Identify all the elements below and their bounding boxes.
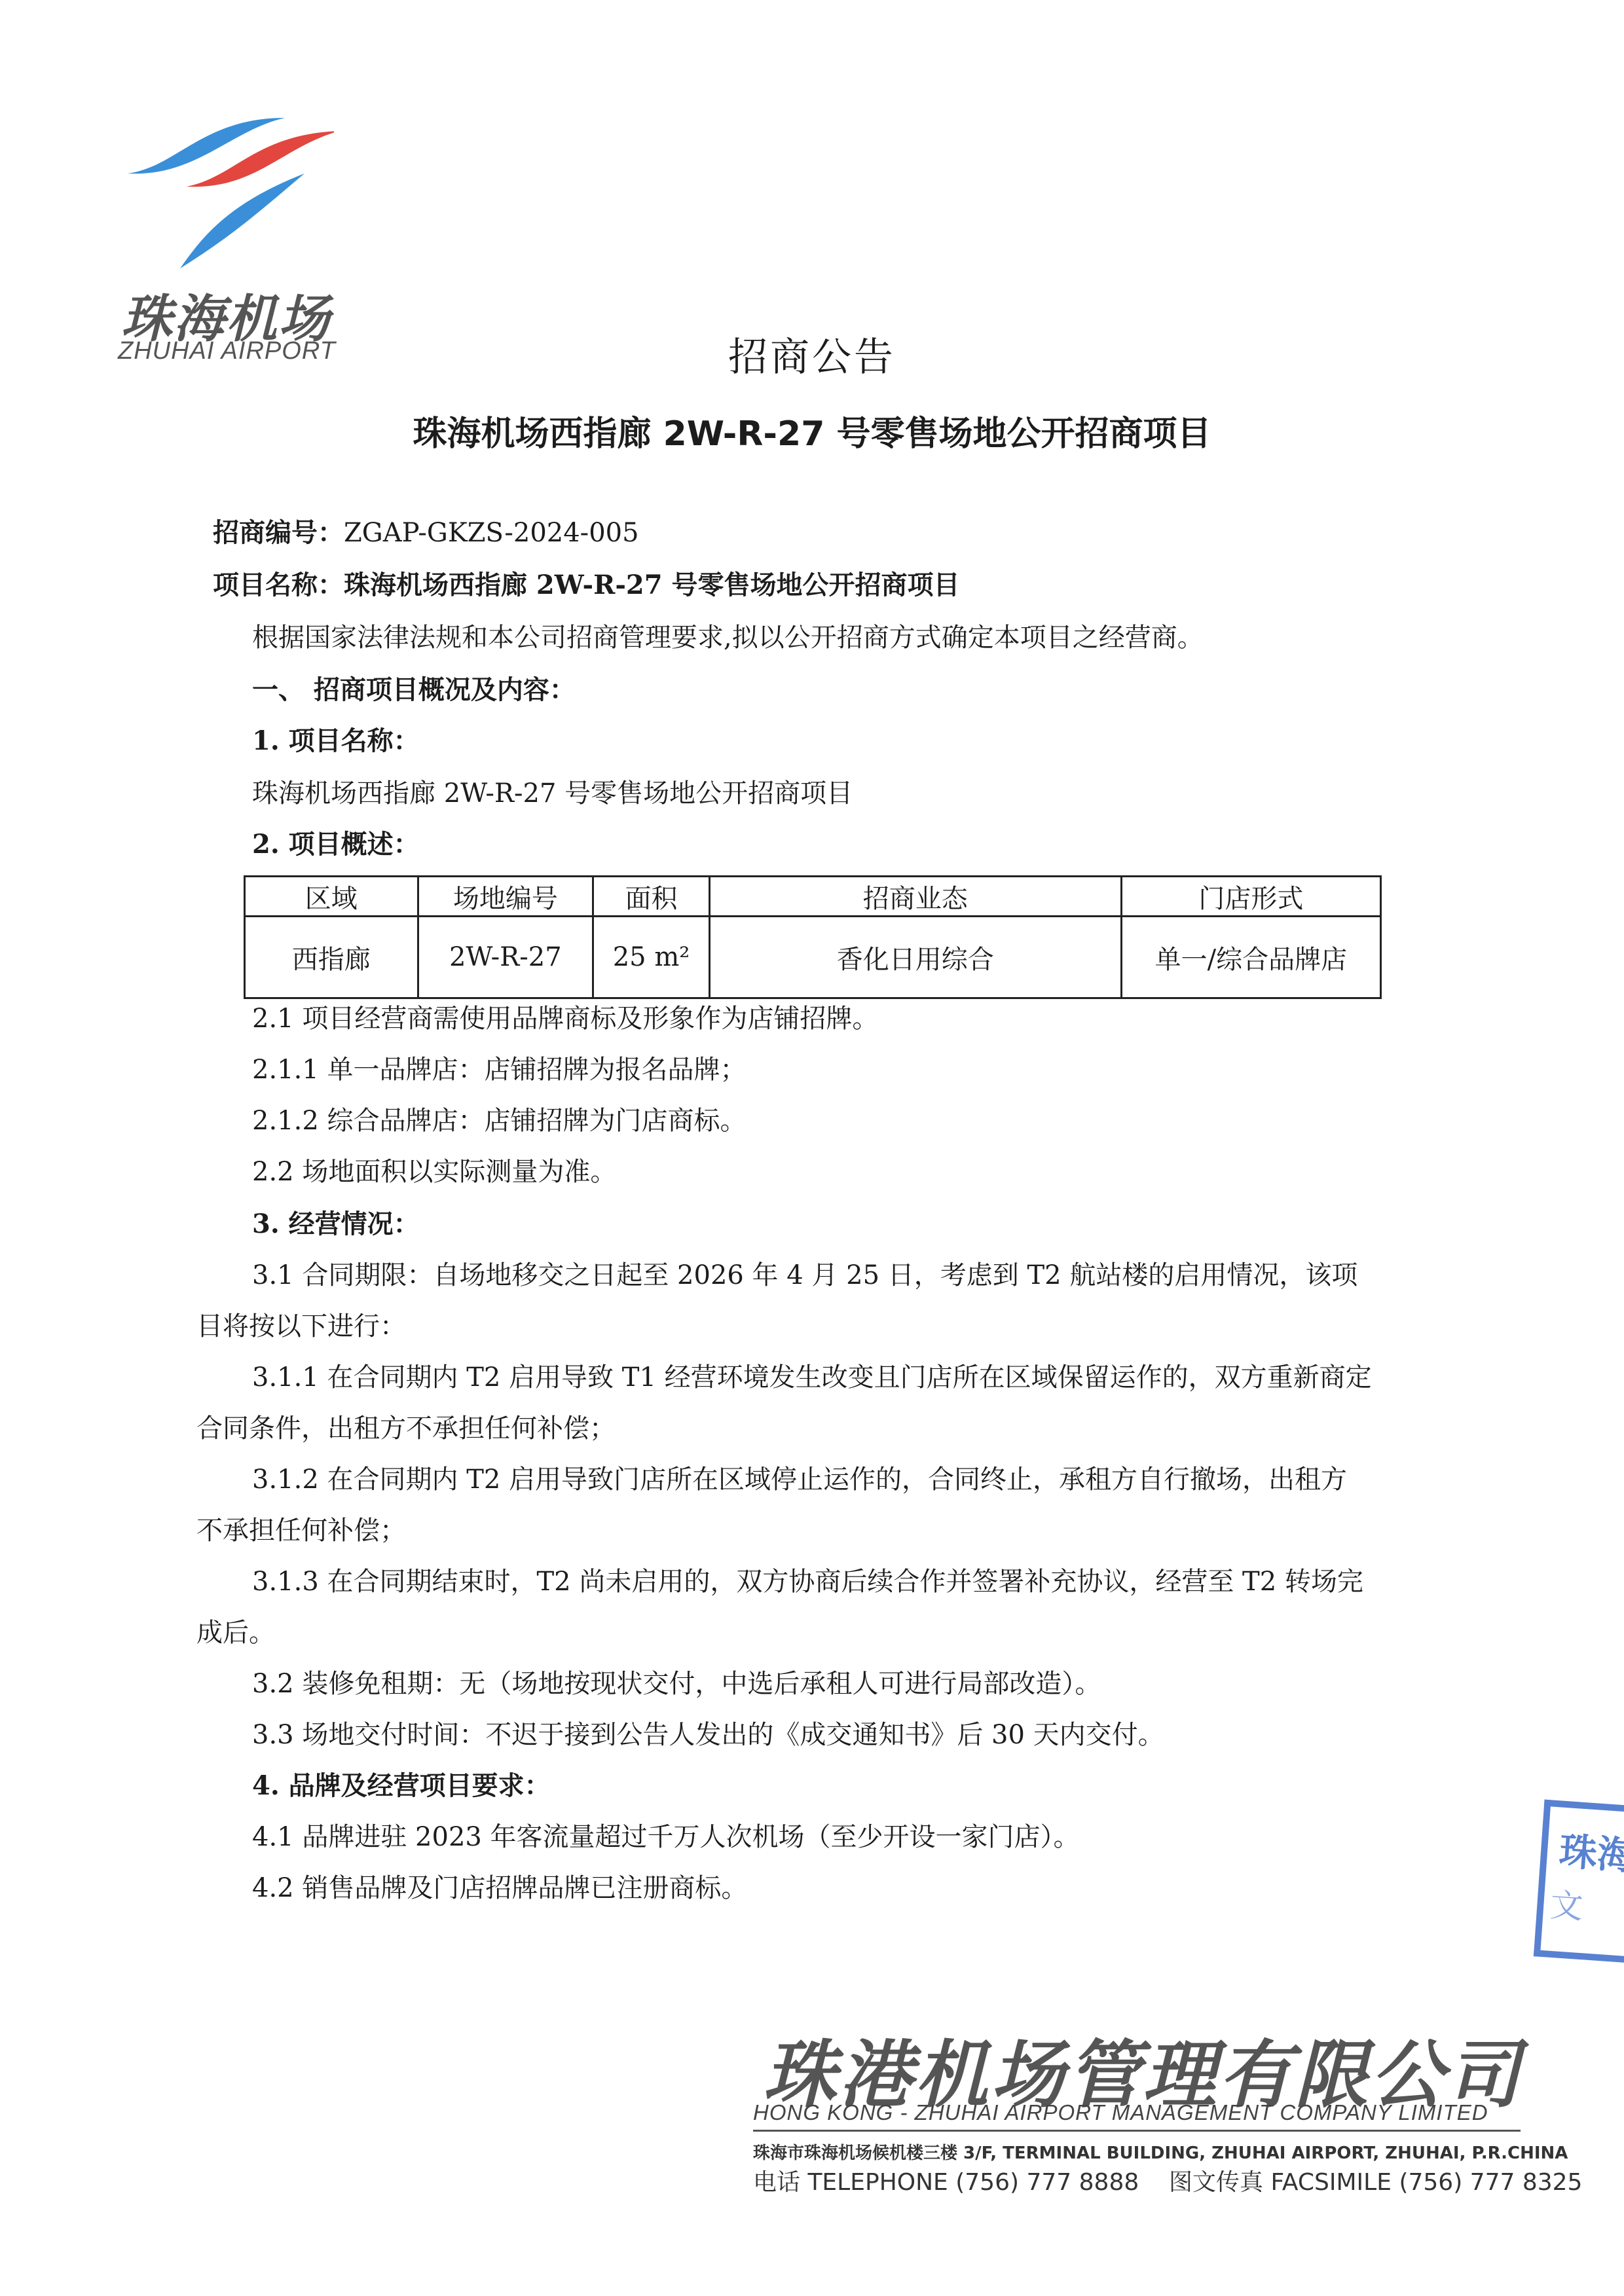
page-title: 招商公告 <box>0 326 1624 382</box>
project-name-value: 珠海机场西指廊 2W-R-27 号零售场地公开招商项目 <box>344 570 960 600</box>
section-4-heading: 4. 品牌及经营项目要求： <box>252 1770 551 1802</box>
page-subtitle: 珠海机场西指廊 2W-R-27 号零售场地公开招商项目 <box>0 406 1624 455</box>
company-seal-stamp: 珠海 文 <box>1534 1800 1624 1965</box>
airport-wings-icon <box>118 105 334 275</box>
clause-3-2: 3.2 装修免租期：无（场地按现状交付，中选后承租人可进行局部改造）。 <box>252 1668 1101 1700</box>
cell-size: 25 m² <box>593 917 710 998</box>
project-overview-table: 区域 场地编号 面积 招商业态 门店形式 西指廊 2W-R-27 25 m² 香… <box>244 875 1382 999</box>
header-size: 面积 <box>593 877 710 917</box>
section-1-heading: 一、 招商项目概况及内容： <box>252 674 576 706</box>
fax-label: 图文传真 FACSIMILE <box>1169 2169 1392 2196</box>
section-1-2-heading: 2. 项目概述： <box>252 829 420 860</box>
table-row: 西指廊 2W-R-27 25 m² 香化日用综合 单一/综合品牌店 <box>245 917 1381 998</box>
clause-3-3: 3.3 场地交付时间：不迟于接到公告人发出的《成交通知书》后 30 天内交付。 <box>252 1719 1164 1751</box>
section-1-1-text: 珠海机场西指廊 2W-R-27 号零售场地公开招商项目 <box>252 778 853 809</box>
table-header-row: 区域 场地编号 面积 招商业态 门店形式 <box>245 877 1381 917</box>
section-1-1-heading: 1. 项目名称： <box>252 725 420 757</box>
cell-business-type: 香化日用综合 <box>709 917 1121 998</box>
header-store-format: 门店形式 <box>1121 877 1380 917</box>
tender-number-line: 招商编号：ZGAP-GKZS-2024-005 <box>213 517 639 549</box>
footer-address: 珠海市珠海机场候机楼三楼 3/F, TERMINAL BUILDING, ZHU… <box>753 2140 1568 2164</box>
header-site-number: 场地编号 <box>418 877 593 917</box>
clause-3-1-3-line1: 3.1.3 在合同期结束时，T2 尚未启用的，双方协商后续合作并签署补充协议，经… <box>252 1566 1363 1597</box>
tender-number-label: 招商编号： <box>213 517 344 548</box>
clause-2-1-2: 2.1.2 综合品牌店：店铺招牌为门店商标。 <box>252 1105 747 1137</box>
section-3-heading: 3. 经营情况： <box>252 1209 420 1240</box>
footer-contact: 电话 TELEPHONE (756) 777 8888 图文传真 FACSIMI… <box>753 2164 1582 2197</box>
project-name-label: 项目名称： <box>213 570 344 600</box>
clause-2-2: 2.2 场地面积以实际测量为准。 <box>252 1156 616 1188</box>
clause-4-2: 4.2 销售品牌及门店招牌品牌已注册商标。 <box>252 1872 747 1904</box>
telephone-number: (756) 777 8888 <box>955 2169 1139 2196</box>
footer-company-name-en: HONG KONG - ZHUHAI AIRPORT MANAGEMENT CO… <box>753 2100 1488 2125</box>
intro-paragraph: 根据国家法律法规和本公司招商管理要求,拟以公开招商方式确定本项目之经营商。 <box>252 622 1204 653</box>
clause-3-1-1-line2: 合同条件，出租方不承担任何补偿； <box>196 1413 616 1444</box>
clause-3-1-line1: 3.1 合同期限：自场地移交之日起至 2026 年 4 月 25 日，考虑到 T… <box>252 1260 1357 1291</box>
cell-area: 西指廊 <box>245 917 418 998</box>
header-area: 区域 <box>245 877 418 917</box>
clause-3-1-2-line1: 3.1.2 在合同期内 T2 启用导致门店所在区域停止运作的，合同终止，承租方自… <box>252 1464 1347 1495</box>
clause-4-1: 4.1 品牌进驻 2023 年客流量超过千万人次机场（至少开设一家门店）。 <box>252 1821 1080 1853</box>
tender-number-value: ZGAP-GKZS-2024-005 <box>344 518 639 548</box>
telephone-label: 电话 TELEPHONE <box>753 2169 948 2196</box>
fax-number: (756) 777 8325 <box>1399 2169 1582 2196</box>
stamp-text: 珠海 <box>1558 1821 1624 1881</box>
header-business-type: 招商业态 <box>709 877 1121 917</box>
clause-3-1-3-line2: 成后。 <box>196 1617 275 1649</box>
clause-3-1-2-line2: 不承担任何补偿； <box>196 1515 406 1546</box>
clause-3-1-1-line1: 3.1.1 在合同期内 T2 启用导致 T1 经营环境发生改变且门店所在区域保留… <box>252 1362 1372 1393</box>
cell-store-format: 单一/综合品牌店 <box>1121 917 1380 998</box>
cell-site-number: 2W-R-27 <box>418 917 593 998</box>
clause-2-1-1: 2.1.1 单一品牌店：店铺招牌为报名品牌； <box>252 1054 747 1085</box>
project-name-line: 项目名称：珠海机场西指廊 2W-R-27 号零售场地公开招商项目 <box>213 570 960 601</box>
clause-2-1: 2.1 项目经营商需使用品牌商标及形象作为店铺招牌。 <box>252 1003 878 1034</box>
stamp-text-2: 文 <box>1549 1879 1585 1928</box>
footer-divider <box>753 2130 1521 2132</box>
clause-3-1-line2: 目将按以下进行： <box>196 1311 406 1342</box>
